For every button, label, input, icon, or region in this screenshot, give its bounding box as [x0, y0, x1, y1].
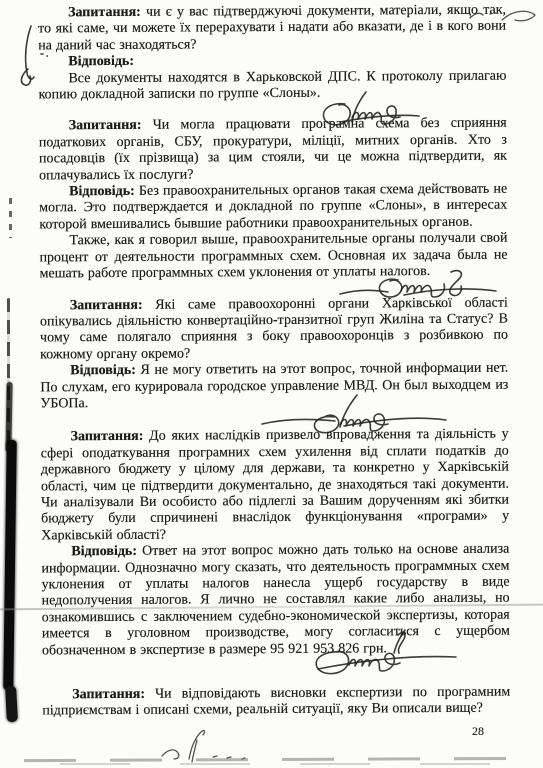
binding-shadow-main: [3, 440, 16, 690]
paragraph-lead-a1-label: Відповідь:: [68, 54, 134, 69]
paragraph-lead-q5: Запитання:: [72, 687, 145, 702]
paragraph-lead-q4: Запитання:: [71, 429, 144, 444]
paragraph-lead-a3: Відповідь:: [70, 363, 136, 378]
paragraph-a2: Відповідь: Без правоохранительных органо…: [39, 182, 507, 234]
paragraph-q4: Запитання: До яких наслідків призвело вп…: [41, 427, 510, 545]
binding-dotted-marks: [9, 198, 12, 238]
paragraph-lead-a2: Відповідь:: [69, 184, 135, 199]
paragraph-q5: Запитання: Чи відповідають висновки експ…: [42, 685, 510, 721]
paragraph-a3: Відповідь: Я не могу ответить на этот во…: [40, 361, 508, 413]
paragraph-lead-q1: Запитання:: [68, 5, 141, 20]
paragraph-a4: Відповідь: Ответ на этот вопрос можно да…: [41, 542, 510, 660]
paragraph-a2b: Также, как я говорил выше, правоохраните…: [39, 231, 507, 283]
binding-shadow-bottom-blob: [5, 686, 18, 723]
document-text: Запитання: чи є у вас підтверджуючі доку…: [38, 3, 510, 721]
paragraph-lead-q2: Запитання:: [69, 118, 142, 133]
paragraph-lead-a4: Відповідь:: [71, 544, 137, 559]
scanned-document-page: Запитання: чи є у вас підтверджуючі доку…: [0, 0, 543, 768]
paragraph-q2: Запитання: Чи могла працювати програмна …: [39, 116, 507, 184]
paragraph-q3: Запитання: Які саме правоохоронні органи…: [40, 295, 508, 363]
paragraph-q1: Запитання: чи є у вас підтверджуючі доку…: [38, 3, 506, 55]
page-number: 28: [472, 724, 484, 739]
paragraph-lead-q3: Запитання:: [70, 297, 143, 312]
bottom-scan-streaks: [24, 757, 529, 762]
bottom-scan-streaks-2: [60, 763, 520, 765]
paragraph-a1: Все документы находятся в Харьковской ДП…: [38, 68, 506, 104]
